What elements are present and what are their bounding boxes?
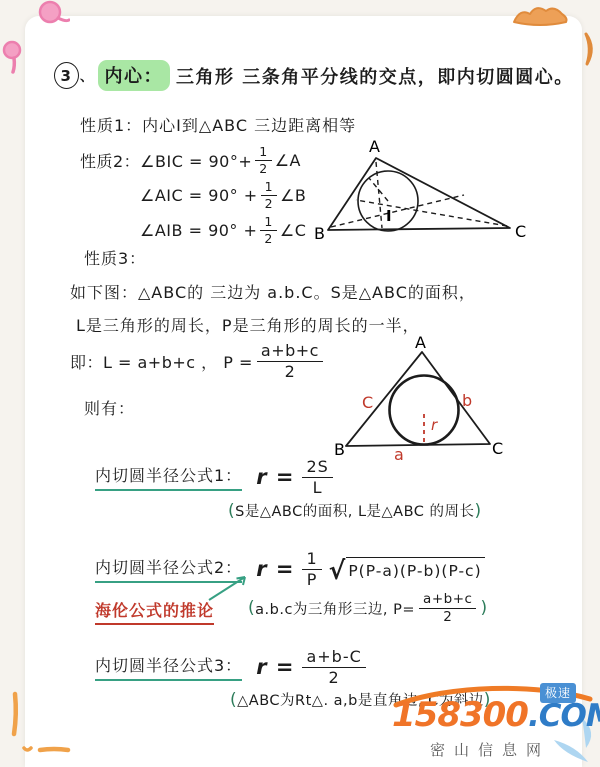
vertex-c-label: C xyxy=(515,222,526,241)
pink-balloon-left xyxy=(2,40,24,76)
formula-3-label: 内切圆半径公式3： xyxy=(95,653,242,681)
section-title: 3 、 内心： 三角形 三条角平分线的交点，即内切圆圆心。 xyxy=(54,60,574,91)
side-left-label: C xyxy=(362,393,373,412)
setup-line1: 如下图：△ABC的 三边为 a.b.C。S是△ABC的面积， xyxy=(70,280,476,303)
incenter-diagram: A B C I xyxy=(312,138,544,250)
formula-2-row: 内切圆半径公式2： r = 1 P √ P(P-a)(P-b)(P-c) xyxy=(95,550,485,588)
formula-3-lhs: r = xyxy=(256,655,294,679)
vertex-c-label: C xyxy=(492,439,503,458)
perimeter-fraction: a+b+c 2 xyxy=(257,342,323,380)
keyword-highlight: 内心： xyxy=(98,60,171,91)
then-label: 则有： xyxy=(84,396,135,419)
setup-line2: L是三角形的周长，P是三角形的周长的一半， xyxy=(76,313,420,336)
open-paren: ( xyxy=(230,690,237,710)
formula-1-lhs: r = xyxy=(256,465,294,489)
formula-3-row: 内切圆半径公式3： r = a+b-C 2 xyxy=(95,648,370,686)
vertex-b-label: B xyxy=(334,440,345,459)
formula-1-row: 内切圆半径公式1： r = 2S L xyxy=(95,458,337,496)
orange-strokes-bottom-left xyxy=(6,690,86,762)
pink-scribble-top-left xyxy=(34,0,70,28)
formula-1-note-text: S是△ABC的面积, L是△ABC 的周长 xyxy=(235,500,474,521)
eq2-post: ∠B xyxy=(280,186,306,205)
eq2-fraction: 1 2 xyxy=(261,180,277,211)
formula-1-note: ( S是△ABC的面积, L是△ABC 的周长 ) xyxy=(228,500,482,521)
watermark-site-name: 密山信息网 xyxy=(430,739,550,760)
eq3-pre: ∠AIB = 90° + xyxy=(140,221,257,240)
property-2-eq3: ∠AIB = 90° + 1 2 ∠C xyxy=(140,215,306,246)
formula-2-radical: √ P(P-a)(P-b)(P-c) xyxy=(329,557,485,582)
open-paren: ( xyxy=(248,598,255,618)
watermark-speed-badge: 极速 xyxy=(540,683,576,703)
circled-number: 3 xyxy=(54,62,79,89)
number-mark: 、 xyxy=(80,66,95,85)
open-paren: ( xyxy=(228,501,235,521)
orange-crescent-right xyxy=(580,30,600,68)
setup-line3: 即：L = a+b+c ， P = a+b+c 2 xyxy=(70,342,327,380)
eq1-post: ∠A xyxy=(275,151,301,170)
property-3: 性质3： xyxy=(84,246,146,269)
close-paren: ) xyxy=(475,501,482,521)
vertex-b-label: B xyxy=(314,224,325,243)
formula-2-note-text: a.b.c为三角形三边, P= xyxy=(255,598,415,619)
radius-label: r xyxy=(431,416,438,434)
setup-line3-pre: 即：L = a+b+c ， P = xyxy=(70,350,253,373)
watermark-domain: .COM xyxy=(528,698,600,734)
formula-3-fraction: a+b-C 2 xyxy=(302,648,365,686)
eq1-pre: 性质2：∠BIC = 90°+ xyxy=(80,149,252,172)
watermark: 158300.COM 极速 密山信息网 xyxy=(386,678,600,767)
radicand-text: P(P-a)(P-b)(P-c) xyxy=(346,557,484,580)
eq1-fraction: 1 2 xyxy=(255,145,271,176)
property-1: 性质1：内心I到△ABC 三边距离相等 xyxy=(80,113,356,136)
triangle-outline xyxy=(328,158,510,230)
heron-annotation-text: 海伦公式的推论 xyxy=(95,598,214,625)
formula-2-fraction: 1 P xyxy=(302,550,321,588)
radical-sign: √ xyxy=(329,558,347,583)
property-2-eq2: ∠AIC = 90° + 1 2 ∠B xyxy=(140,180,306,211)
vertex-a-label: A xyxy=(415,336,426,352)
formula-1-fraction: 2S L xyxy=(302,458,332,496)
close-paren: ) xyxy=(480,598,487,618)
angle-bisectors xyxy=(331,162,507,228)
property-2-eq1: 性质2：∠BIC = 90°+ 1 2 ∠A xyxy=(80,145,301,176)
incircle-radius-diagram: A B C C b a r xyxy=(332,336,510,464)
formula-2-lhs: r = xyxy=(256,557,294,581)
side-right-label: b xyxy=(462,391,472,410)
incircle xyxy=(390,376,459,445)
definition-text: 三角形 三条角平分线的交点，即内切圆圆心。 xyxy=(176,63,574,89)
eq2-pre: ∠AIC = 90° + xyxy=(140,186,258,205)
side-bottom-label: a xyxy=(394,445,404,464)
formula-1-label: 内切圆半径公式1： xyxy=(95,463,242,491)
orange-cloud-top-right xyxy=(510,2,572,30)
watermark-number: 158300 xyxy=(392,695,528,735)
eq3-fraction: 1 2 xyxy=(260,215,276,246)
formula-2-note: ( a.b.c为三角形三边, P= a+b+c 2 ) xyxy=(248,592,488,625)
eq3-post: ∠C xyxy=(280,221,307,240)
notes-page: 3 、 内心： 三角形 三条角平分线的交点，即内切圆圆心。 性质1：内心I到△A… xyxy=(0,0,600,767)
formula-2-note-fraction: a+b+c 2 xyxy=(419,592,476,625)
incenter-label: I xyxy=(386,207,392,225)
formula-2-annotation: 海伦公式的推论 xyxy=(95,598,214,625)
vertex-a-label: A xyxy=(369,138,380,156)
